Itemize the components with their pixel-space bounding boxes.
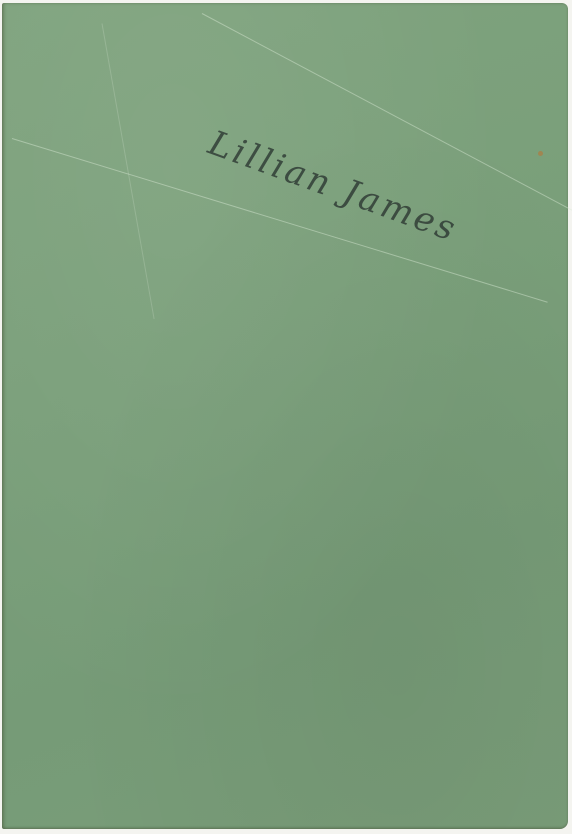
stain-spot xyxy=(538,151,543,156)
handwritten-name: Lillian James xyxy=(203,123,463,250)
paper-crease xyxy=(202,13,572,211)
paper-crease xyxy=(102,23,155,319)
booklet-cover: Lillian James xyxy=(2,3,568,829)
